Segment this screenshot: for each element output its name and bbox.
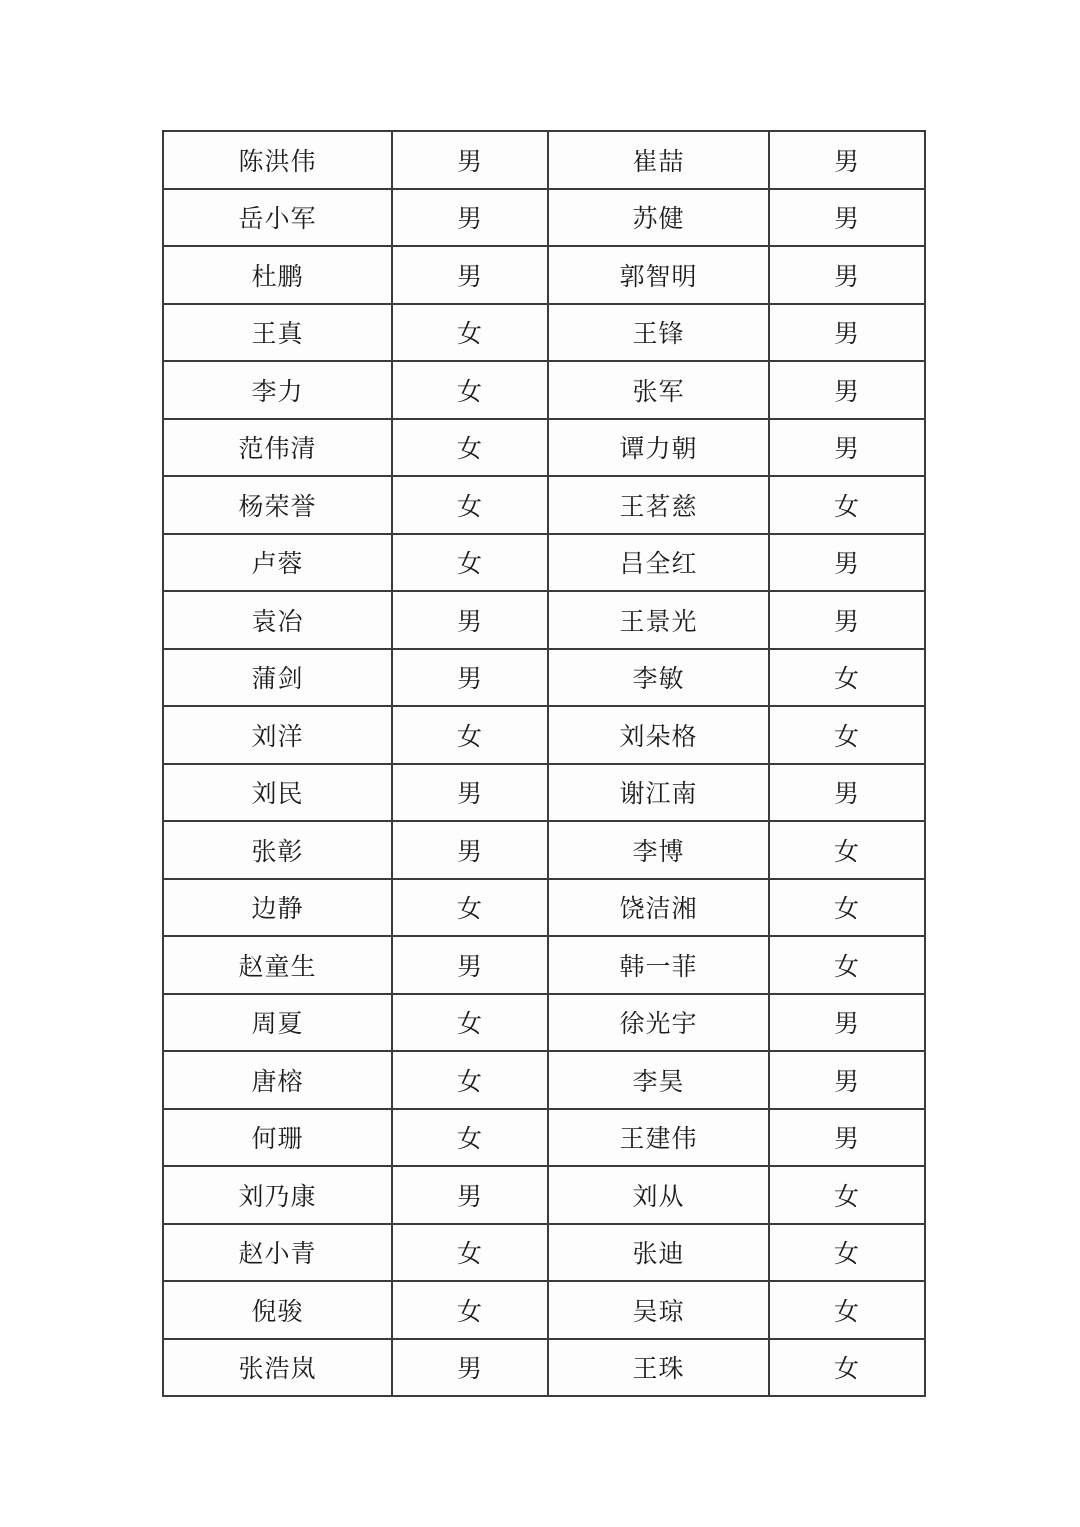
roster-table-body: 陈洪伟 男 崔喆 男 岳小军 男 苏健 男 杜鹏 男 郭智明 男 王真 女 王锋… xyxy=(163,131,925,1396)
name-cell: 韩一菲 xyxy=(548,936,769,994)
gender-cell: 女 xyxy=(769,1339,925,1397)
gender-cell: 男 xyxy=(392,821,548,879)
table-row: 岳小军 男 苏健 男 xyxy=(163,189,925,247)
gender-cell: 男 xyxy=(392,649,548,707)
table-row: 卢蓉 女 吕全红 男 xyxy=(163,534,925,592)
gender-cell: 男 xyxy=(769,304,925,362)
gender-cell: 女 xyxy=(769,936,925,994)
table-row: 倪骏 女 吴琼 女 xyxy=(163,1281,925,1339)
name-cell: 张迪 xyxy=(548,1224,769,1282)
name-cell: 蒲剑 xyxy=(163,649,392,707)
name-cell: 苏健 xyxy=(548,189,769,247)
name-cell: 杜鹏 xyxy=(163,246,392,304)
name-cell: 范伟清 xyxy=(163,419,392,477)
table-row: 刘洋 女 刘朵格 女 xyxy=(163,706,925,764)
roster-table: 陈洪伟 男 崔喆 男 岳小军 男 苏健 男 杜鹏 男 郭智明 男 王真 女 王锋… xyxy=(162,130,926,1397)
gender-cell: 男 xyxy=(769,361,925,419)
gender-cell: 女 xyxy=(392,1224,548,1282)
name-cell: 吴琼 xyxy=(548,1281,769,1339)
name-cell: 张彰 xyxy=(163,821,392,879)
name-cell: 王茗慈 xyxy=(548,476,769,534)
gender-cell: 女 xyxy=(769,706,925,764)
name-cell: 杨荣誉 xyxy=(163,476,392,534)
gender-cell: 女 xyxy=(392,361,548,419)
name-cell: 赵童生 xyxy=(163,936,392,994)
name-cell: 唐榕 xyxy=(163,1051,392,1109)
name-cell: 卢蓉 xyxy=(163,534,392,592)
gender-cell: 男 xyxy=(769,189,925,247)
name-cell: 李力 xyxy=(163,361,392,419)
gender-cell: 女 xyxy=(392,476,548,534)
name-cell: 何珊 xyxy=(163,1109,392,1167)
name-cell: 徐光宇 xyxy=(548,994,769,1052)
gender-cell: 女 xyxy=(769,1224,925,1282)
name-cell: 赵小青 xyxy=(163,1224,392,1282)
table-row: 李力 女 张军 男 xyxy=(163,361,925,419)
name-cell: 崔喆 xyxy=(548,131,769,189)
table-row: 张浩岚 男 王珠 女 xyxy=(163,1339,925,1397)
gender-cell: 男 xyxy=(769,131,925,189)
table-row: 范伟清 女 谭力朝 男 xyxy=(163,419,925,477)
gender-cell: 女 xyxy=(392,1051,548,1109)
document-page: 陈洪伟 男 崔喆 男 岳小军 男 苏健 男 杜鹏 男 郭智明 男 王真 女 王锋… xyxy=(0,0,1080,1527)
gender-cell: 女 xyxy=(392,534,548,592)
table-row: 蒲剑 男 李敏 女 xyxy=(163,649,925,707)
name-cell: 张军 xyxy=(548,361,769,419)
table-row: 边静 女 饶洁湘 女 xyxy=(163,879,925,937)
gender-cell: 男 xyxy=(392,764,548,822)
gender-cell: 女 xyxy=(392,1109,548,1167)
gender-cell: 男 xyxy=(392,591,548,649)
name-cell: 李敏 xyxy=(548,649,769,707)
gender-cell: 男 xyxy=(392,1166,548,1224)
name-cell: 张浩岚 xyxy=(163,1339,392,1397)
name-cell: 倪骏 xyxy=(163,1281,392,1339)
gender-cell: 男 xyxy=(769,591,925,649)
table-row: 杜鹏 男 郭智明 男 xyxy=(163,246,925,304)
gender-cell: 女 xyxy=(769,649,925,707)
table-row: 杨荣誉 女 王茗慈 女 xyxy=(163,476,925,534)
name-cell: 刘民 xyxy=(163,764,392,822)
name-cell: 王珠 xyxy=(548,1339,769,1397)
table-row: 刘乃康 男 刘从 女 xyxy=(163,1166,925,1224)
name-cell: 袁冶 xyxy=(163,591,392,649)
name-cell: 刘乃康 xyxy=(163,1166,392,1224)
gender-cell: 女 xyxy=(392,879,548,937)
gender-cell: 男 xyxy=(392,131,548,189)
gender-cell: 女 xyxy=(769,1166,925,1224)
name-cell: 王锋 xyxy=(548,304,769,362)
gender-cell: 男 xyxy=(769,994,925,1052)
name-cell: 王景光 xyxy=(548,591,769,649)
name-cell: 刘朵格 xyxy=(548,706,769,764)
name-cell: 李博 xyxy=(548,821,769,879)
name-cell: 周夏 xyxy=(163,994,392,1052)
gender-cell: 女 xyxy=(769,476,925,534)
table-row: 刘民 男 谢江南 男 xyxy=(163,764,925,822)
gender-cell: 女 xyxy=(769,1281,925,1339)
gender-cell: 女 xyxy=(769,879,925,937)
name-cell: 吕全红 xyxy=(548,534,769,592)
gender-cell: 男 xyxy=(769,1109,925,1167)
name-cell: 王建伟 xyxy=(548,1109,769,1167)
name-cell: 边静 xyxy=(163,879,392,937)
gender-cell: 男 xyxy=(392,936,548,994)
name-cell: 谢江南 xyxy=(548,764,769,822)
table-row: 张彰 男 李博 女 xyxy=(163,821,925,879)
name-cell: 王真 xyxy=(163,304,392,362)
table-row: 赵小青 女 张迪 女 xyxy=(163,1224,925,1282)
gender-cell: 男 xyxy=(392,1339,548,1397)
name-cell: 岳小军 xyxy=(163,189,392,247)
table-row: 陈洪伟 男 崔喆 男 xyxy=(163,131,925,189)
table-row: 赵童生 男 韩一菲 女 xyxy=(163,936,925,994)
name-cell: 刘从 xyxy=(548,1166,769,1224)
gender-cell: 女 xyxy=(392,1281,548,1339)
name-cell: 陈洪伟 xyxy=(163,131,392,189)
gender-cell: 男 xyxy=(769,1051,925,1109)
name-cell: 李昊 xyxy=(548,1051,769,1109)
table-row: 王真 女 王锋 男 xyxy=(163,304,925,362)
gender-cell: 女 xyxy=(392,304,548,362)
name-cell: 饶洁湘 xyxy=(548,879,769,937)
gender-cell: 男 xyxy=(392,189,548,247)
name-cell: 谭力朝 xyxy=(548,419,769,477)
name-cell: 刘洋 xyxy=(163,706,392,764)
table-row: 何珊 女 王建伟 男 xyxy=(163,1109,925,1167)
gender-cell: 女 xyxy=(769,821,925,879)
table-row: 袁冶 男 王景光 男 xyxy=(163,591,925,649)
gender-cell: 男 xyxy=(769,764,925,822)
gender-cell: 女 xyxy=(392,706,548,764)
gender-cell: 女 xyxy=(392,994,548,1052)
gender-cell: 男 xyxy=(769,246,925,304)
gender-cell: 男 xyxy=(392,246,548,304)
gender-cell: 男 xyxy=(769,534,925,592)
gender-cell: 女 xyxy=(392,419,548,477)
table-row: 周夏 女 徐光宇 男 xyxy=(163,994,925,1052)
gender-cell: 男 xyxy=(769,419,925,477)
table-row: 唐榕 女 李昊 男 xyxy=(163,1051,925,1109)
name-cell: 郭智明 xyxy=(548,246,769,304)
